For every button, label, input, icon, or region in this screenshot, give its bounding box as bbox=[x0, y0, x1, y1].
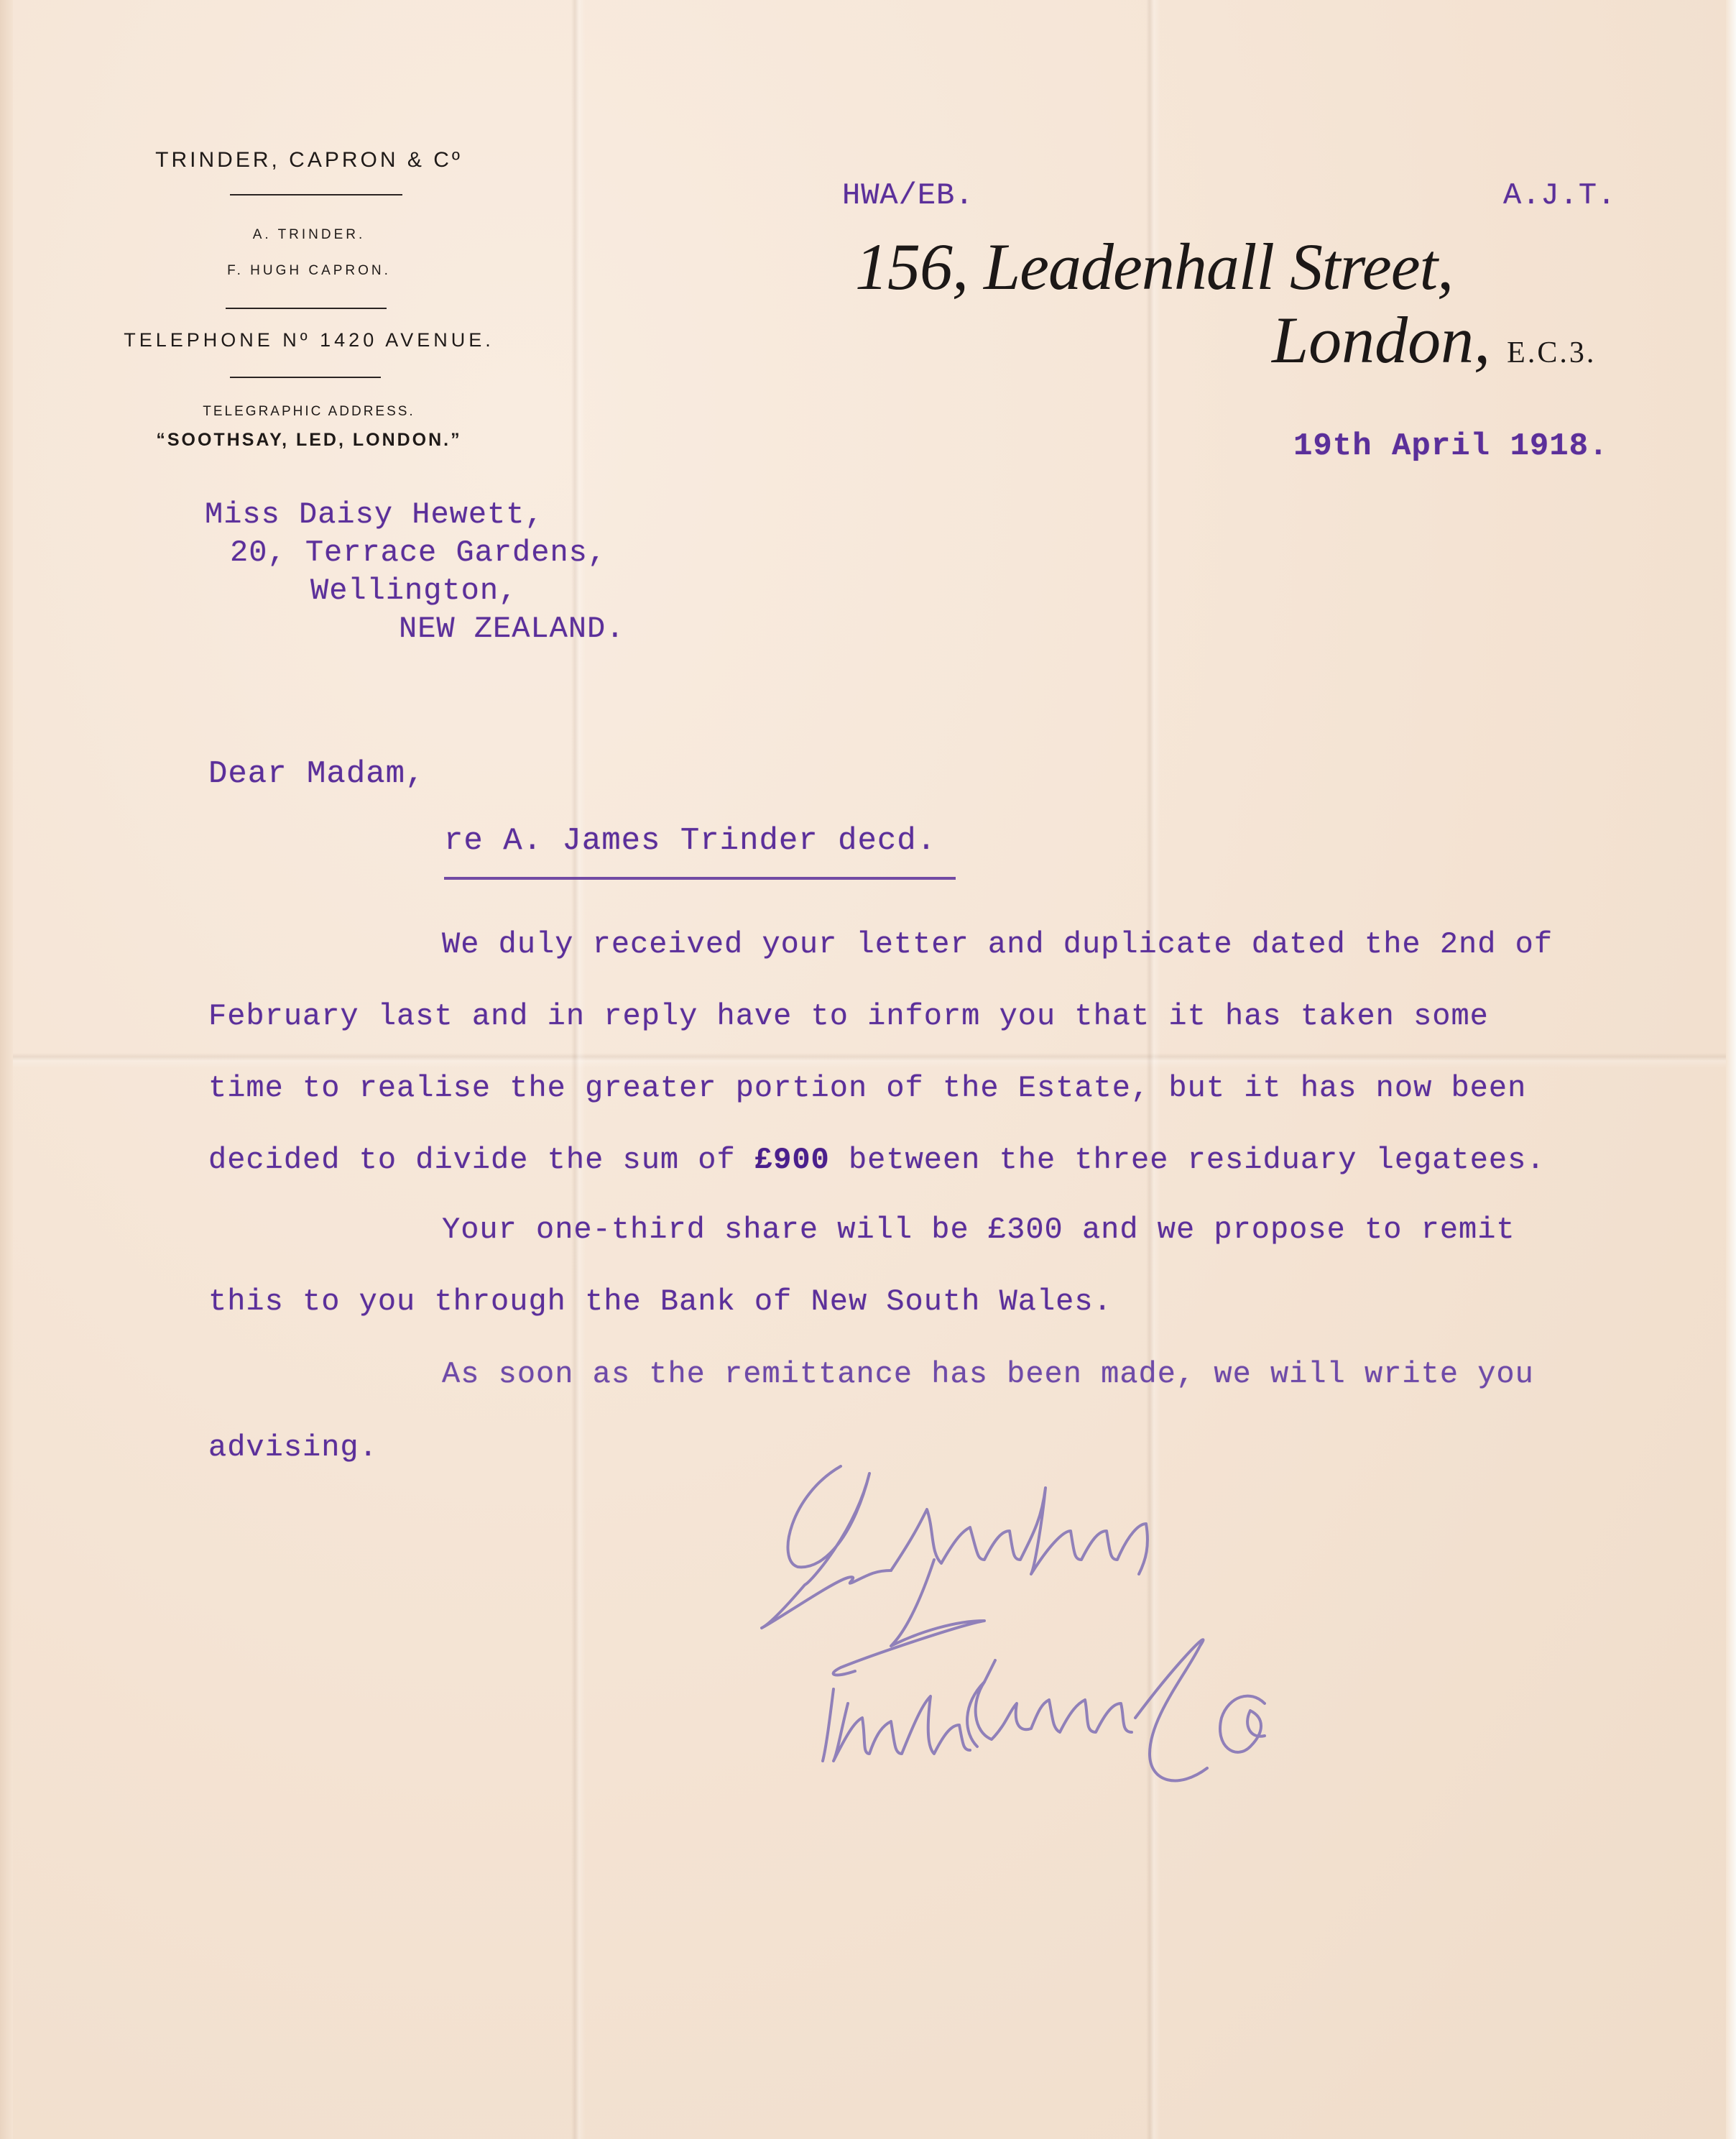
body-line: decided to divide the sum of £900 betwee… bbox=[208, 1143, 1546, 1177]
city-address: London, E.C.3. bbox=[1272, 302, 1596, 378]
recipient-line: Miss Daisy Hewett, bbox=[205, 497, 544, 532]
body-line: advising. bbox=[208, 1430, 378, 1465]
recipient-line: Wellington, bbox=[310, 574, 517, 608]
telephone-number: TELEPHONE Nº 1420 AVENUE. bbox=[79, 329, 539, 351]
your-reference: A.J.T. bbox=[1503, 178, 1616, 213]
paper-edge-left bbox=[0, 0, 13, 2139]
subject-line: re A. James Trinder decd. bbox=[444, 823, 936, 859]
city-name: London, bbox=[1272, 303, 1490, 377]
letterhead-divider bbox=[230, 377, 381, 378]
subject-underline bbox=[444, 877, 956, 880]
partner-name: A. TRINDER. bbox=[108, 227, 510, 243]
handwritten-signature bbox=[747, 1445, 1595, 1847]
letter-date: 19th April 1918. bbox=[1293, 428, 1608, 464]
estate-amount: £900 bbox=[754, 1143, 830, 1177]
telegraphic-address: “SOOTHSAY, LED, LONDON.” bbox=[108, 430, 510, 451]
body-line: As soon as the remittance has been made,… bbox=[442, 1357, 1534, 1391]
body-text: between the three residuary legatees. bbox=[830, 1143, 1546, 1177]
salutation: Dear Madam, bbox=[208, 756, 425, 792]
recipient-line: 20, Terrace Gardens, bbox=[230, 535, 606, 570]
paper-edge-right bbox=[1726, 0, 1736, 2139]
body-line: We duly received your letter and duplica… bbox=[442, 927, 1553, 962]
body-line: February last and in reply have to infor… bbox=[208, 999, 1489, 1034]
letterhead-divider bbox=[226, 308, 387, 309]
partner-name: F. HUGH CAPRON. bbox=[108, 263, 510, 279]
street-address: 156, Leadenhall Street, bbox=[855, 229, 1453, 305]
recipient-line: NEW ZEALAND. bbox=[399, 612, 624, 646]
body-line: this to you through the Bank of New Sout… bbox=[208, 1284, 1112, 1319]
telegraphic-label: TELEGRAPHIC ADDRESS. bbox=[108, 404, 510, 420]
body-text: decided to divide the sum of bbox=[208, 1143, 754, 1177]
firm-name: TRINDER, CAPRON & Cº bbox=[108, 148, 510, 172]
body-line: time to realise the greater portion of t… bbox=[208, 1071, 1526, 1105]
body-line: Your one-third share will be £300 and we… bbox=[442, 1213, 1515, 1247]
postcode: E.C.3. bbox=[1507, 336, 1596, 369]
letterhead-divider bbox=[230, 194, 402, 195]
our-reference: HWA/EB. bbox=[842, 178, 974, 213]
